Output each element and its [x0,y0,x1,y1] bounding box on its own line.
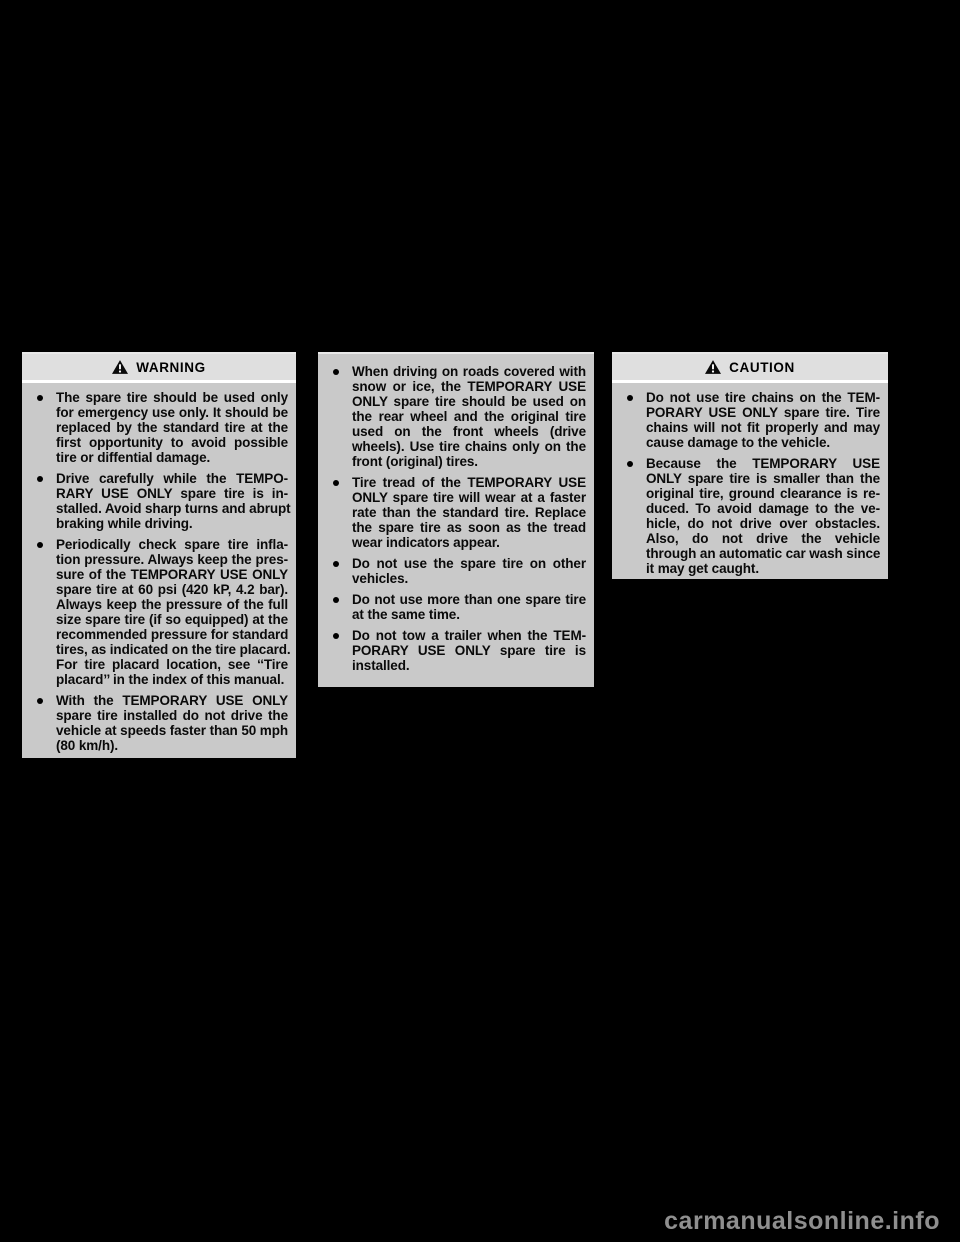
bullet-icon [37,698,43,704]
warning-triangle-icon [112,360,128,374]
bullet-text: Do not use the spare tire on othervehicl… [352,556,586,586]
bullet-icon [627,461,633,467]
caution-body: Do not use tire chains on the TEM-PORARY… [612,383,888,579]
warning-header-label: WARNING [136,360,205,375]
bullet-icon [627,395,633,401]
notes-body: When driving on roads covered withsnow o… [318,354,594,681]
caution-panel: CAUTION Do not use tire chains on the TE… [612,352,888,579]
bullet-text: Do not use more than one spare tireat th… [352,592,586,622]
caution-header-label: CAUTION [729,360,795,375]
bullet-text: The spare tire should be used onlyfor em… [56,390,288,465]
list-item: Do not use the spare tire on othervehicl… [326,556,586,586]
bullet-icon [37,395,43,401]
warning-triangle-icon [705,360,721,374]
list-item: The spare tire should be used onlyfor em… [30,390,288,465]
bullet-icon [333,561,339,567]
bullet-icon [333,597,339,603]
bullet-icon [37,542,43,548]
notes-panel: When driving on roads covered withsnow o… [318,352,594,687]
list-item: With the TEMPORARY USE ONLYspare tire in… [30,693,288,753]
watermark-text: carmanualsonline.info [664,1207,940,1236]
bullet-text: When driving on roads covered withsnow o… [352,364,586,469]
bullet-text: Periodically check spare tire infla-tion… [56,537,288,687]
bullet-icon [37,476,43,482]
manual-page: WARNING The spare tire should be used on… [0,0,960,1242]
caution-header: CAUTION [612,354,888,383]
list-item: When driving on roads covered withsnow o… [326,364,586,469]
list-item: Do not use more than one spare tireat th… [326,592,586,622]
bullet-text: Do not tow a trailer when the TEM-PORARY… [352,628,586,673]
list-item: Drive carefully while the TEMPO-RARY USE… [30,471,288,531]
warning-body: The spare tire should be used onlyfor em… [22,383,296,758]
bullet-icon [333,369,339,375]
list-item: Do not use tire chains on the TEM-PORARY… [620,390,880,450]
list-item: Tire tread of the TEMPORARY USEONLY spar… [326,475,586,550]
warning-panel: WARNING The spare tire should be used on… [22,352,296,758]
bullet-icon [333,480,339,486]
warning-header: WARNING [22,354,296,383]
bullet-text: Because the TEMPORARY USEONLY spare tire… [646,456,880,576]
bullet-text: With the TEMPORARY USE ONLYspare tire in… [56,693,288,753]
bullet-text: Tire tread of the TEMPORARY USEONLY spar… [352,475,586,550]
bullet-text: Do not use tire chains on the TEM-PORARY… [646,390,880,450]
bullet-icon [333,633,339,639]
list-item: Periodically check spare tire infla-tion… [30,537,288,687]
list-item: Do not tow a trailer when the TEM-PORARY… [326,628,586,673]
bullet-text: Drive carefully while the TEMPO-RARY USE… [56,471,288,531]
list-item: Because the TEMPORARY USEONLY spare tire… [620,456,880,576]
